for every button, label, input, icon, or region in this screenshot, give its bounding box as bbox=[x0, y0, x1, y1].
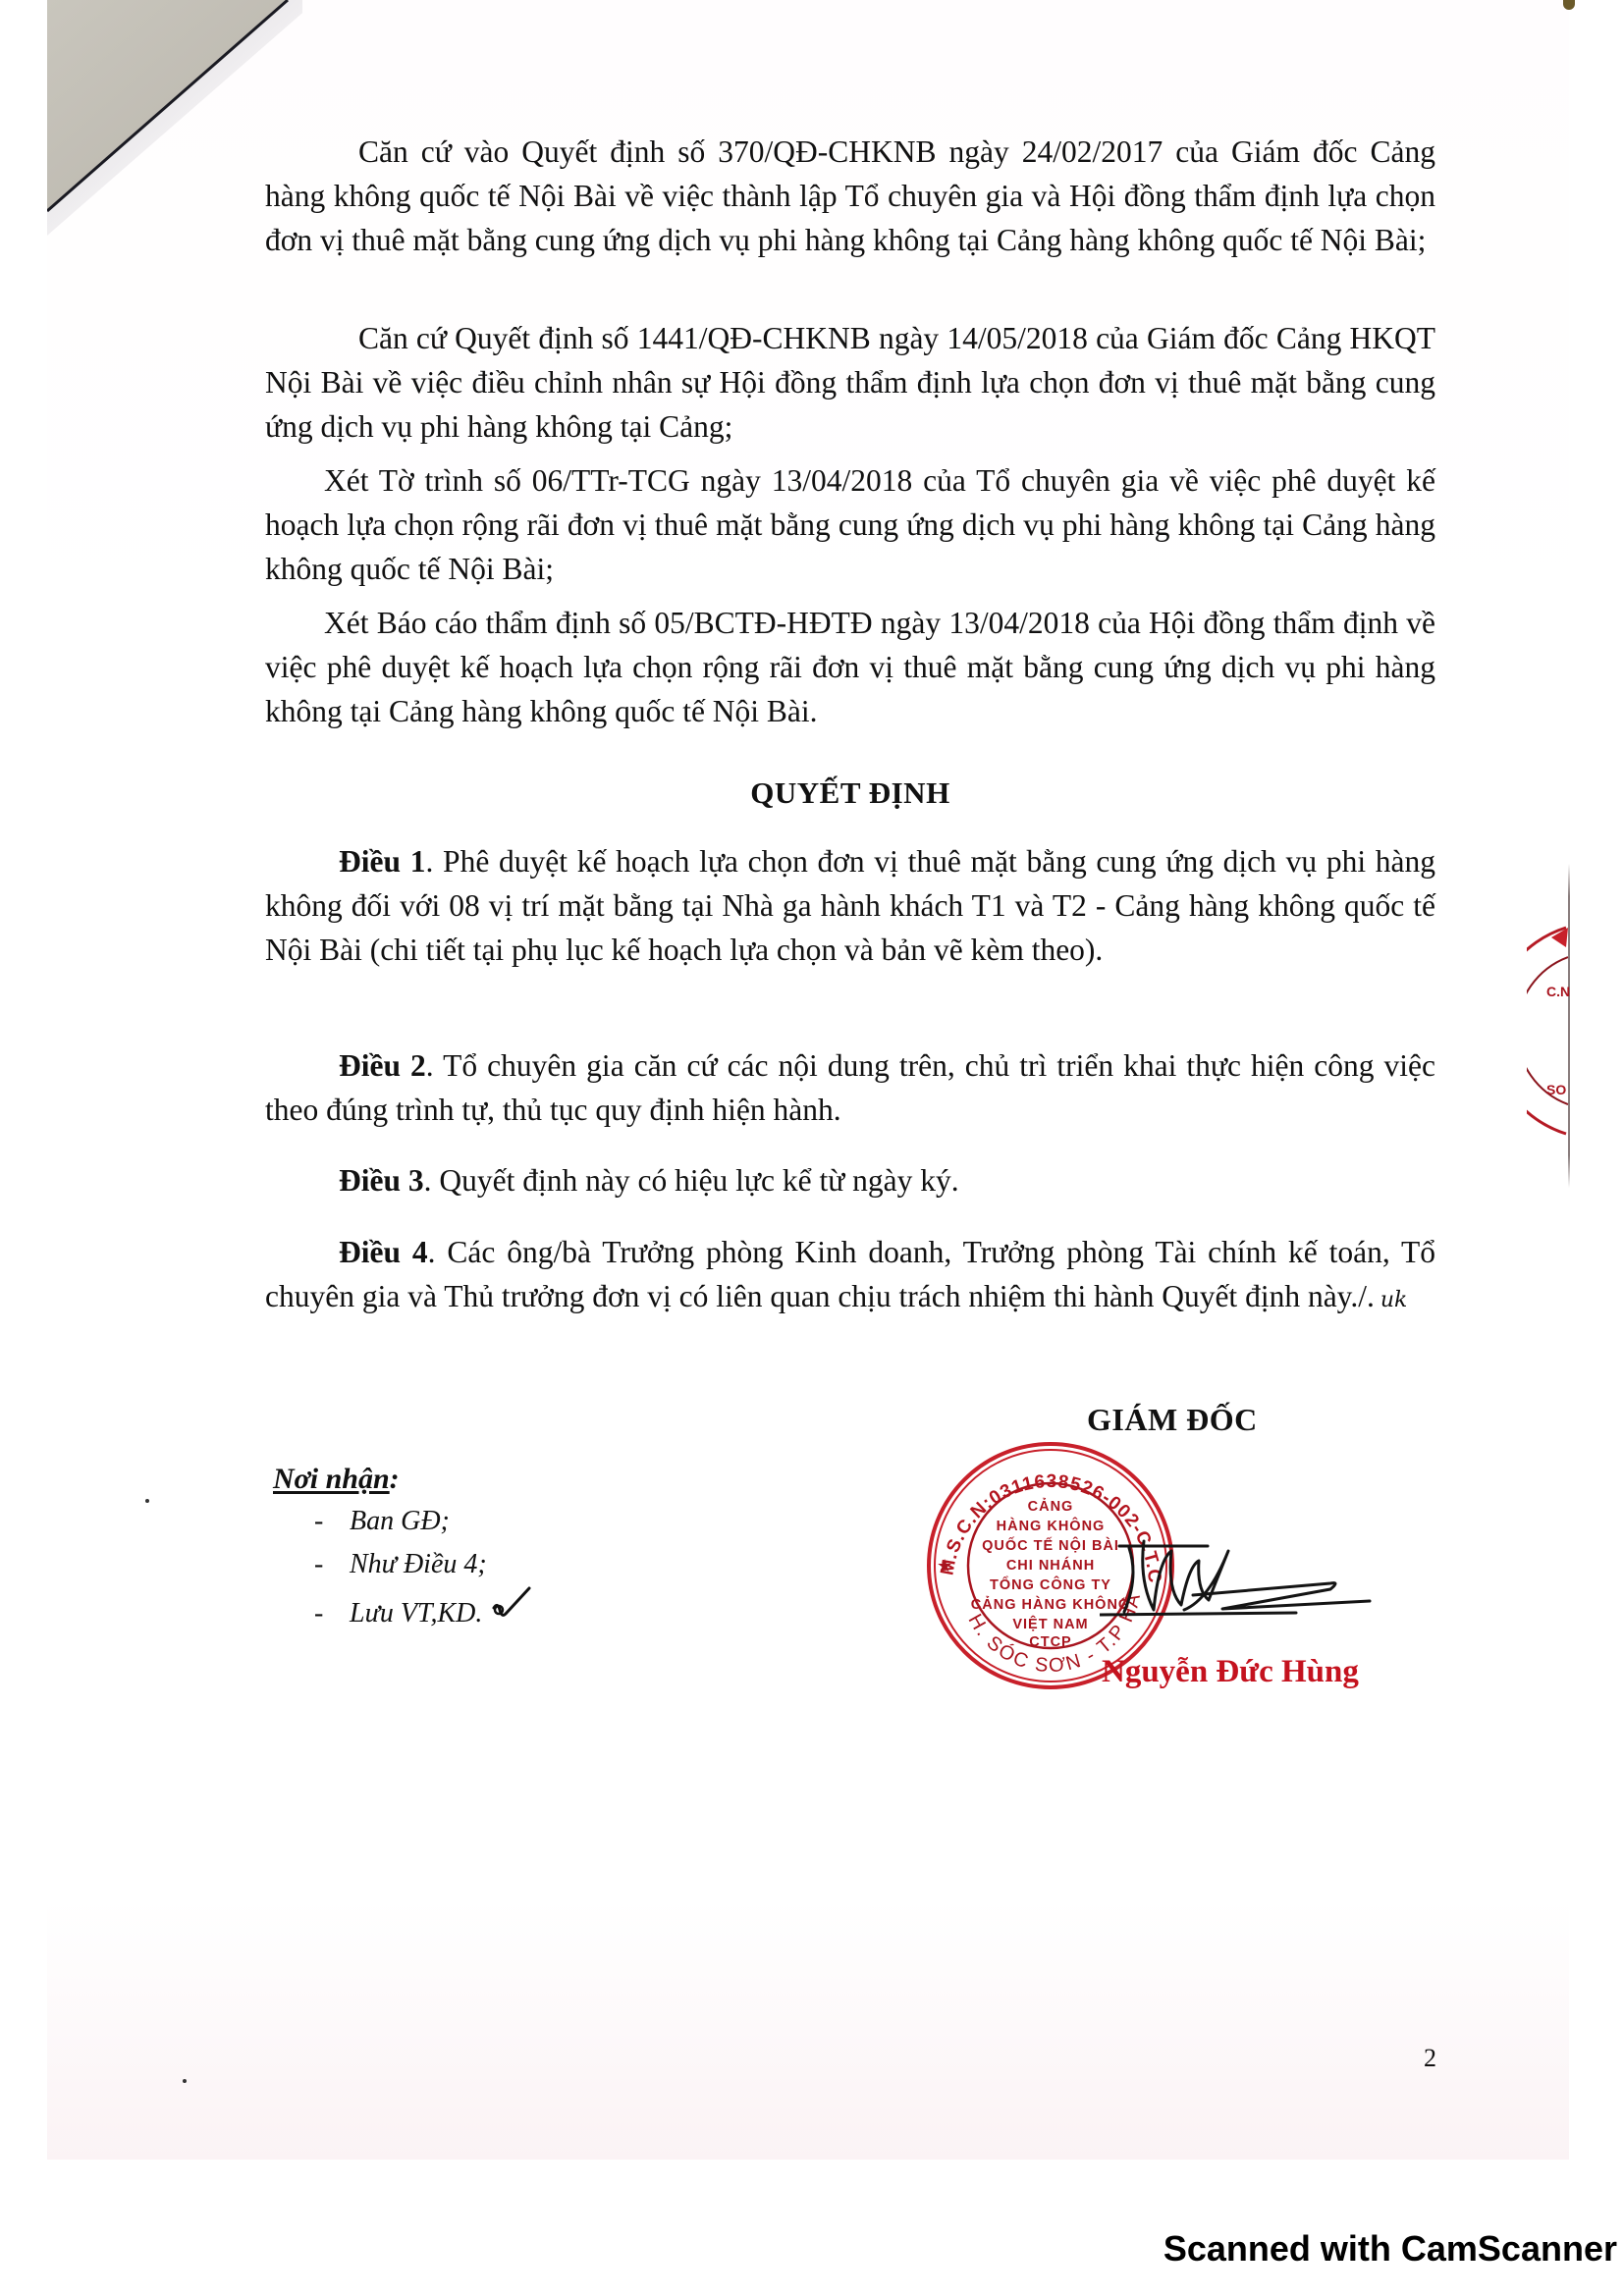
preamble-paragraph-2: Căn cứ Quyết định số 1441/QĐ-CHKNB ngày … bbox=[265, 316, 1435, 449]
recipient-item: Như Điều 4; bbox=[314, 1543, 535, 1586]
article-3: Điều 3. Quyết định này có hiệu lực kể từ… bbox=[265, 1158, 1435, 1202]
preamble-paragraph-1: Căn cứ vào Quyết định số 370/QĐ-CHKNB ng… bbox=[265, 130, 1435, 262]
recipient-item: Lưu VT,KD. bbox=[314, 1586, 535, 1635]
partial-seal-edge-icon: C.N SO bbox=[1527, 918, 1571, 1144]
scan-speck bbox=[183, 2079, 187, 2083]
article-label: Điều 1 bbox=[339, 844, 425, 879]
article-label: Điều 2 bbox=[339, 1048, 426, 1083]
corner-mark bbox=[1563, 0, 1575, 10]
signer-title: GIÁM ĐỐC bbox=[1087, 1402, 1258, 1438]
article-label: Điều 4 bbox=[339, 1235, 428, 1269]
article-4: Điều 4. Các ông/bà Trưởng phòng Kinh doa… bbox=[265, 1230, 1435, 1322]
svg-text:HÀNG KHÔNG: HÀNG KHÔNG bbox=[997, 1517, 1106, 1534]
svg-text:CẢNG: CẢNG bbox=[1028, 1498, 1074, 1515]
signer-name: Nguyễn Đức Hùng bbox=[1102, 1654, 1359, 1690]
recipients-block: Nơi nhận: Ban GĐ; Như Điều 4; Lưu VT,KD. bbox=[273, 1463, 535, 1635]
decision-heading: QUYẾT ĐỊNH bbox=[265, 775, 1435, 811]
recipients-title: Nơi nhận bbox=[273, 1463, 390, 1495]
svg-text:TỔNG CÔNG TY: TỔNG CÔNG TY bbox=[990, 1575, 1111, 1593]
recipients-list: Ban GĐ; Như Điều 4; Lưu VT,KD. bbox=[273, 1500, 535, 1635]
svg-text:VIỆT NAM: VIỆT NAM bbox=[1012, 1615, 1088, 1632]
article-text: . Các ông/bà Trưởng phòng Kinh doanh, Tr… bbox=[265, 1235, 1435, 1313]
article-text: . Tổ chuyên gia căn cứ các nội dung trên… bbox=[265, 1048, 1435, 1127]
article-2: Điều 2. Tổ chuyên gia căn cứ các nội dun… bbox=[265, 1043, 1435, 1132]
handwritten-check-icon bbox=[490, 1586, 535, 1635]
svg-text:SO: SO bbox=[1546, 1082, 1566, 1097]
camscanner-watermark: Scanned with CamScanner bbox=[1163, 2228, 1617, 2269]
folded-corner-shadow bbox=[47, 0, 302, 236]
article-text: . Quyết định này có hiệu lực kể từ ngày … bbox=[424, 1163, 959, 1198]
preamble-paragraph-4: Xét Báo cáo thẩm định số 05/BCTĐ-HĐTĐ ng… bbox=[265, 601, 1435, 733]
recipient-item: Ban GĐ; bbox=[314, 1500, 535, 1543]
article-1: Điều 1. Phê duyệt kế hoạch lựa chọn đơn … bbox=[265, 839, 1435, 972]
svg-text:CTCP: CTCP bbox=[1029, 1634, 1071, 1650]
svg-text:CHI NHÁNH: CHI NHÁNH bbox=[1006, 1557, 1095, 1574]
handwritten-initials: uk bbox=[1380, 1288, 1408, 1312]
article-label: Điều 3 bbox=[339, 1163, 424, 1198]
svg-text:C.N: C.N bbox=[1546, 984, 1570, 999]
svg-text:★: ★ bbox=[937, 1556, 952, 1575]
article-text: . Phê duyệt kế hoạch lựa chọn đơn vị thu… bbox=[265, 844, 1435, 967]
handwritten-signature bbox=[1100, 1526, 1384, 1634]
svg-text:QUỐC TẾ NỘI BÀI: QUỐC TẾ NỘI BÀI bbox=[982, 1536, 1119, 1554]
preamble-paragraph-3: Xét Tờ trình số 06/TTr-TCG ngày 13/04/20… bbox=[265, 458, 1435, 591]
page-number: 2 bbox=[1424, 2044, 1436, 2073]
scan-speck bbox=[145, 1499, 149, 1503]
